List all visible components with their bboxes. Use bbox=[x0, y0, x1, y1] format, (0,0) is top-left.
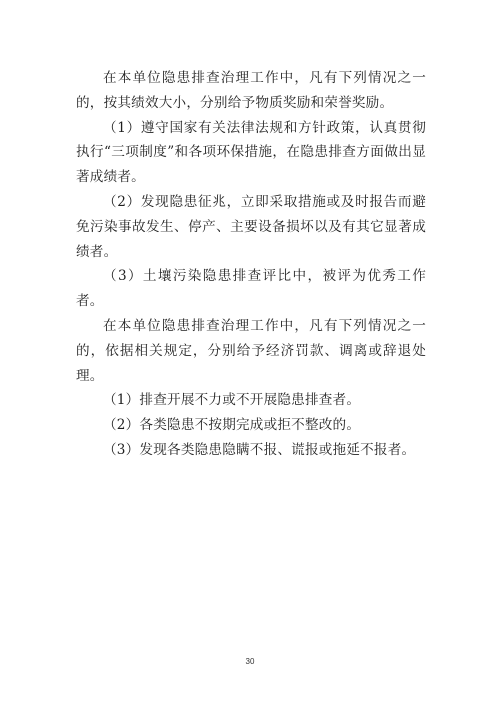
document-body: 在本单位隐患排查治理工作中，凡有下列情况之一的，按其绩效大小，分别给予物质奖励和… bbox=[76, 66, 426, 463]
penalty-item-3: （3）发现各类隐患隐瞒不报、谎报或拖延不报者。 bbox=[76, 438, 426, 463]
document-page: 在本单位隐患排查治理工作中，凡有下列情况之一的，按其绩效大小，分别给予物质奖励和… bbox=[0, 0, 500, 707]
page-number: 30 bbox=[0, 657, 500, 666]
reward-intro-paragraph: 在本单位隐患排查治理工作中，凡有下列情况之一的，按其绩效大小，分别给予物质奖励和… bbox=[76, 66, 426, 116]
reward-item-3: （3）土壤污染隐患排查评比中，被评为优秀工作者。 bbox=[76, 264, 426, 314]
penalty-item-2: （2）各类隐患不按期完成或拒不整改的。 bbox=[76, 413, 426, 438]
reward-item-1: （1）遵守国家有关法律法规和方针政策，认真贯彻执行“三项制度”和各项环保措施，在… bbox=[76, 116, 426, 190]
reward-item-2: （2）发现隐患征兆，立即采取措施或及时报告而避免污染事故发生、停产、主要设备损坏… bbox=[76, 190, 426, 264]
penalty-intro-paragraph: 在本单位隐患排查治理工作中，凡有下列情况之一的，依据相关规定，分别给予经济罚款、… bbox=[76, 314, 426, 388]
penalty-item-1: （1）排查开展不力或不开展隐患排查者。 bbox=[76, 388, 426, 413]
